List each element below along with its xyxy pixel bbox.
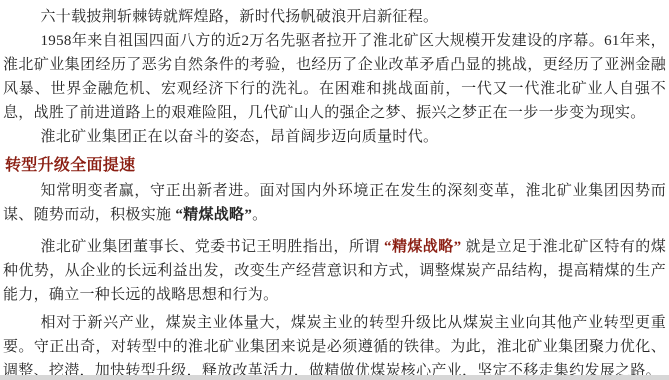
paragraph-transform: 相对于新兴产业，煤炭主业体量大，煤炭主业的转型升级比从煤炭主业向其他产业转型更重… xyxy=(3,311,666,380)
paragraph-stride: 淮北矿业集团正在以奋斗的姿态，昂首阔步迈向质量时代。 xyxy=(3,125,666,149)
chairman-lead-text: 淮北矿业集团董事长、党委书记王明胜指出，所谓 xyxy=(41,239,385,255)
paragraph-history: 1958年来自祖国四面八方的近2万名先驱者拉开了淮北矿区大规模开发建设的序幕。6… xyxy=(3,29,666,125)
paragraph-intro: 六十载披荆斩棘铸就辉煌路，新时代扬帆破浪开启新征程。 xyxy=(3,5,666,29)
paragraph-strategy: 知常明变者赢，守正出新者进。面对国内外环境正在发生的深刻变革，淮北矿业集团因势而… xyxy=(3,179,666,227)
strategy-tail-text: 。 xyxy=(252,207,267,223)
section-heading: 转型升级全面提速 xyxy=(3,153,666,179)
article-body: 六十载披荆斩棘铸就辉煌路，新时代扬帆破浪开启新征程。 1958年来自祖国四面八方… xyxy=(0,0,669,380)
article-page: { "page": { "background": "#ffffff", "te… xyxy=(0,0,669,380)
term-jingmei-strategy-bold: “精煤战略” xyxy=(175,207,252,223)
term-jingmei-strategy-red: “精煤战略” xyxy=(384,239,461,255)
paragraph-chairman: 淮北矿业集团董事长、党委书记王明胜指出，所谓 “精煤战略” 就是立足于淮北矿区特… xyxy=(3,235,666,307)
strategy-lead-text: 知常明变者赢，守正出新者进。面对国内外环境正在发生的深刻变革，淮北矿业集团因势而… xyxy=(3,183,666,223)
bottom-divider xyxy=(0,375,669,380)
